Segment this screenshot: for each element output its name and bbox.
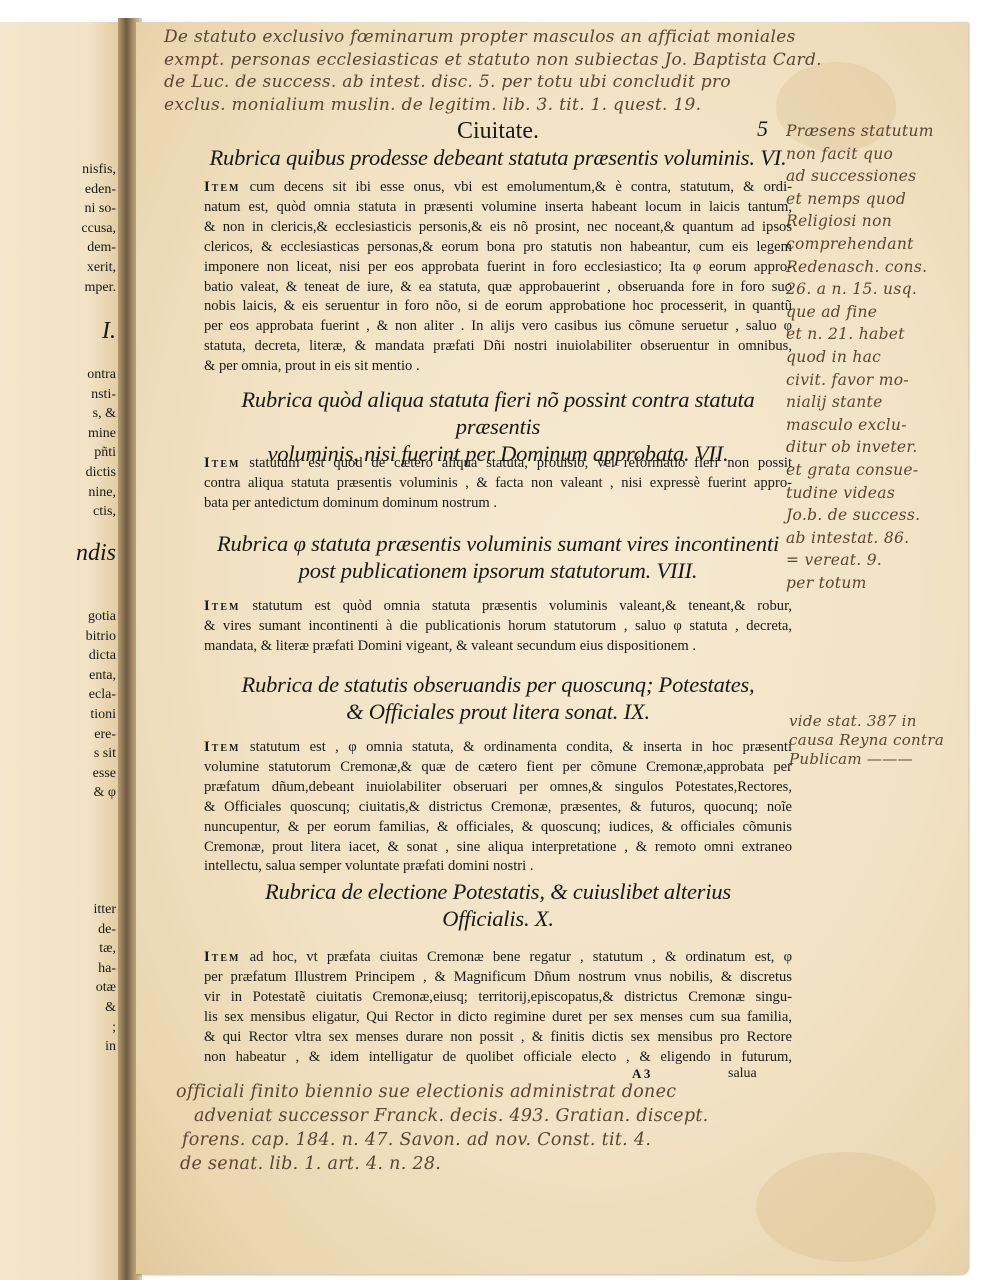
- rubric-heading-x: Rubrica de electione Potestatis, & cuius…: [204, 878, 792, 932]
- left-line: &: [93, 998, 116, 1018]
- left-line: esse: [86, 764, 116, 784]
- book-page: De statuto exclusivo fœminarum propter m…: [136, 22, 968, 1274]
- left-line: s, &: [86, 404, 116, 424]
- text-line: ad hoc, vt præfata ciuitas Cremonæ bene …: [250, 949, 792, 965]
- item-initial: Item: [204, 739, 240, 755]
- handwritten-line: causa Reyna contra: [789, 731, 944, 750]
- rubric-line: Rubrica quibus prodesse debeant statuta …: [204, 144, 792, 171]
- text-line: natum est, quòd omnia statuta in præsent…: [204, 198, 792, 218]
- handwritten-line: et nemps quod: [786, 188, 934, 211]
- left-line: enta,: [86, 666, 116, 686]
- left-line: tioni: [86, 705, 116, 725]
- text-line: & non in clericis,& ecclesiasticis perso…: [204, 218, 792, 238]
- left-line: mper.: [81, 278, 116, 298]
- left-line: itter: [93, 900, 116, 920]
- statute-paragraph-ix: Item statutum est , φ omnia statuta, & o…: [204, 738, 792, 877]
- left-line: ha-: [93, 959, 116, 979]
- left-line: dictis: [86, 463, 116, 483]
- text-line: statutum est quòd omnia statuta præsenti…: [252, 598, 792, 614]
- left-line: in: [93, 1037, 116, 1057]
- left-line: dicta: [86, 646, 116, 666]
- handwritten-line: que ad fine: [786, 301, 934, 324]
- handwritten-line: forens. cap. 184. n. 47. Savon. ad nov. …: [176, 1128, 709, 1152]
- left-line: ecla-: [86, 685, 116, 705]
- handwritten-line: non facit quo: [786, 143, 934, 166]
- text-line: vir in Potestatẽ ciuitatis Cremonæ,eiusq…: [204, 988, 792, 1008]
- rubric-line: Officialis. X.: [204, 905, 792, 932]
- handwritten-line: de senat. lib. 1. art. 4. n. 28.: [176, 1152, 709, 1176]
- handwritten-line: = vereat. 9.: [786, 549, 934, 572]
- text-line: per eos approbata fuerint , & non aliter…: [204, 317, 792, 337]
- rubric-line: Rubrica φ statuta præsentis voluminis su…: [204, 530, 792, 557]
- text-line: nuncupentur, & per eorum familias, & off…: [204, 818, 792, 838]
- text-line: statutum est , φ omnia statuta, & ordina…: [250, 739, 792, 755]
- text-line: imponere non liceat, nisi per eos approb…: [204, 258, 792, 278]
- left-line: & φ: [86, 783, 116, 803]
- catchword: salua: [728, 1066, 757, 1082]
- left-line: ontra: [86, 365, 116, 385]
- text-line: & Officiales quoscunq; ciuitatis,& distr…: [204, 798, 792, 818]
- text-line: batio valeat, & teneat de iure, & ea sta…: [204, 278, 792, 298]
- handwritten-line: adveniat successor Franck. decis. 493. G…: [176, 1104, 709, 1128]
- left-text-fragment: nisfis, eden- ni so- ccusa, dem- xerit, …: [81, 160, 116, 297]
- text-line: Cremonæ, prout litera iacet, & sonat , s…: [204, 838, 792, 858]
- handwritten-line: De statuto exclusivo fœminarum propter m…: [164, 26, 822, 49]
- left-line: bitrio: [86, 627, 116, 647]
- handwritten-line: exclus. monialium muslin. de legitim. li…: [164, 94, 822, 117]
- handwritten-margin-note-2: vide stat. 387 in causa Reyna contra Pub…: [789, 712, 944, 769]
- handwritten-line: civit. favor mo-: [786, 369, 934, 392]
- handwritten-line: Præsens statutum: [786, 120, 934, 143]
- rubric-line: & Officiales prout litera sonat. IX.: [204, 698, 792, 725]
- handwritten-top-note: De statuto exclusivo fœminarum propter m…: [164, 26, 822, 116]
- handwritten-line: et n. 21. habet: [786, 323, 934, 346]
- statute-paragraph-vii: Item statutum est quòd de cætero aliqua …: [204, 454, 792, 514]
- text-line: contra aliqua statuta præsentis volumini…: [204, 474, 792, 494]
- left-line: ni so-: [81, 199, 116, 219]
- handwritten-line: Religiosi non: [786, 210, 934, 233]
- rubric-line: post publicationem ipsorum statutorum. V…: [204, 557, 792, 584]
- rubric-heading-viii: Rubrica φ statuta præsentis voluminis su…: [204, 530, 792, 584]
- handwritten-line: per totum: [786, 572, 934, 595]
- text-line: cum decens sit ibi esse onus, vbi est em…: [250, 179, 792, 195]
- text-line: & vires sumant incontinenti à die public…: [204, 617, 792, 637]
- text-line: bata per antedictum dominum dominum nost…: [204, 494, 792, 514]
- item-initial: Item: [204, 949, 240, 965]
- rubric-line: Rubrica quòd aliqua statuta fieri nõ pos…: [204, 386, 792, 440]
- left-line: pñti: [86, 443, 116, 463]
- statute-paragraph-vi: Item cum decens sit ibi esse onus, vbi e…: [204, 178, 792, 377]
- text-line: statutum est quòd de cætero aliqua statu…: [249, 455, 792, 471]
- handwritten-line: 26. a n. 15. usq.: [786, 278, 934, 301]
- running-head: Ciuitate.: [204, 118, 792, 145]
- handwritten-line: comprehendant: [786, 233, 934, 256]
- left-line: ccusa,: [81, 219, 116, 239]
- text-line: volumine statutorum Cremonæ,& quæ de cæt…: [204, 758, 792, 778]
- handwritten-line: nialij stante: [786, 391, 934, 414]
- handwritten-line: de Luc. de success. ab intest. disc. 5. …: [164, 71, 822, 94]
- handwritten-line: et grata consue-: [786, 459, 934, 482]
- handwritten-line: tudine videas: [786, 482, 934, 505]
- statute-paragraph-viii: Item statutum est quòd omnia statuta præ…: [204, 597, 792, 657]
- item-initial: Item: [204, 179, 240, 195]
- handwritten-line: ad successiones: [786, 165, 934, 188]
- text-line: nobis laicis, & eis seruentur in foro nõ…: [204, 297, 792, 317]
- handwritten-line: officiali finito biennio sue electionis …: [176, 1080, 709, 1104]
- left-line: otæ: [93, 978, 116, 998]
- text-line: mandata, & literæ præfati Domini vigeant…: [204, 637, 792, 657]
- left-line: ;: [93, 1018, 116, 1038]
- handwritten-line: Redenasch. cons.: [786, 256, 934, 279]
- handwritten-bottom-note: officiali finito biennio sue electionis …: [176, 1080, 709, 1176]
- left-text-fragment: ontra nsti- s, & mine pñti dictis nine, …: [86, 365, 116, 522]
- left-line: de-: [93, 920, 116, 940]
- handwritten-line: ditur ob inveter.: [786, 436, 934, 459]
- left-line: nsti-: [86, 385, 116, 405]
- paper-stain: [756, 1152, 936, 1262]
- left-rubric-fragment: ndis: [76, 544, 116, 564]
- text-line: lis sex mensibus eligatur, Qui Rector in…: [204, 1008, 792, 1028]
- left-line: xerit,: [81, 258, 116, 278]
- left-text-fragment: gotia bitrio dicta enta, ecla- tioni ere…: [86, 607, 116, 803]
- handwritten-line: exmpt. personas ecclesiasticas et statut…: [164, 49, 822, 72]
- left-facing-page: nisfis, eden- ni so- ccusa, dem- xerit, …: [0, 22, 126, 1280]
- text-line: non habeatur , & idem intelligatur de qu…: [204, 1048, 792, 1068]
- handwritten-margin-note: Præsens statutum non facit quo ad succes…: [786, 120, 934, 594]
- handwritten-line: Publicam ———: [789, 750, 944, 769]
- left-line: nisfis,: [81, 160, 116, 180]
- item-initial: Item: [204, 455, 240, 471]
- left-line: gotia: [86, 607, 116, 627]
- handwritten-line: quod in hac: [786, 346, 934, 369]
- text-line: præfatum dñum,debeant inuiolabiliter obs…: [204, 778, 792, 798]
- handwritten-line: vide stat. 387 in: [789, 712, 944, 731]
- handwritten-line: Jo.b. de success.: [786, 504, 934, 527]
- rubric-line: Rubrica de statutis obseruandis per quos…: [204, 671, 792, 698]
- left-rubric-fragment: I.: [102, 322, 116, 342]
- left-line: eden-: [81, 180, 116, 200]
- left-line: tæ,: [93, 939, 116, 959]
- rubric-heading-ix: Rubrica de statutis obseruandis per quos…: [204, 671, 792, 725]
- item-initial: Item: [204, 598, 240, 614]
- left-line: ere-: [86, 725, 116, 745]
- left-line: s sit: [86, 744, 116, 764]
- text-line: clericos, & ecclesiasticas personas,& eo…: [204, 238, 792, 258]
- handwritten-line: ab intestat. 86.: [786, 527, 934, 550]
- left-line: mine: [86, 424, 116, 444]
- text-line: intellectu, salua semper voluntate præfa…: [204, 857, 792, 877]
- left-line: ctis,: [86, 502, 116, 522]
- statute-paragraph-x: Item ad hoc, vt præfata ciuitas Cremonæ …: [204, 948, 792, 1067]
- left-line: dem-: [81, 238, 116, 258]
- text-line: & per omnia, prout in eis sit mentio .: [204, 357, 792, 377]
- rubric-line: Rubrica de electione Potestatis, & cuius…: [204, 878, 792, 905]
- handwritten-line: masculo exclu-: [786, 414, 934, 437]
- left-text-fragment: itter de- tæ, ha- otæ & ; in: [93, 900, 116, 1057]
- text-line: statuta, decreta, literæ, & mandata præf…: [204, 337, 792, 357]
- page-number: 5: [757, 116, 768, 142]
- left-line: nine,: [86, 483, 116, 503]
- text-line: per præfatum Illustrem Principem , & Mag…: [204, 968, 792, 988]
- text-line: & qui Rector vltra sex menses durare non…: [204, 1028, 792, 1048]
- rubric-heading-vi: Rubrica quibus prodesse debeant statuta …: [204, 144, 792, 171]
